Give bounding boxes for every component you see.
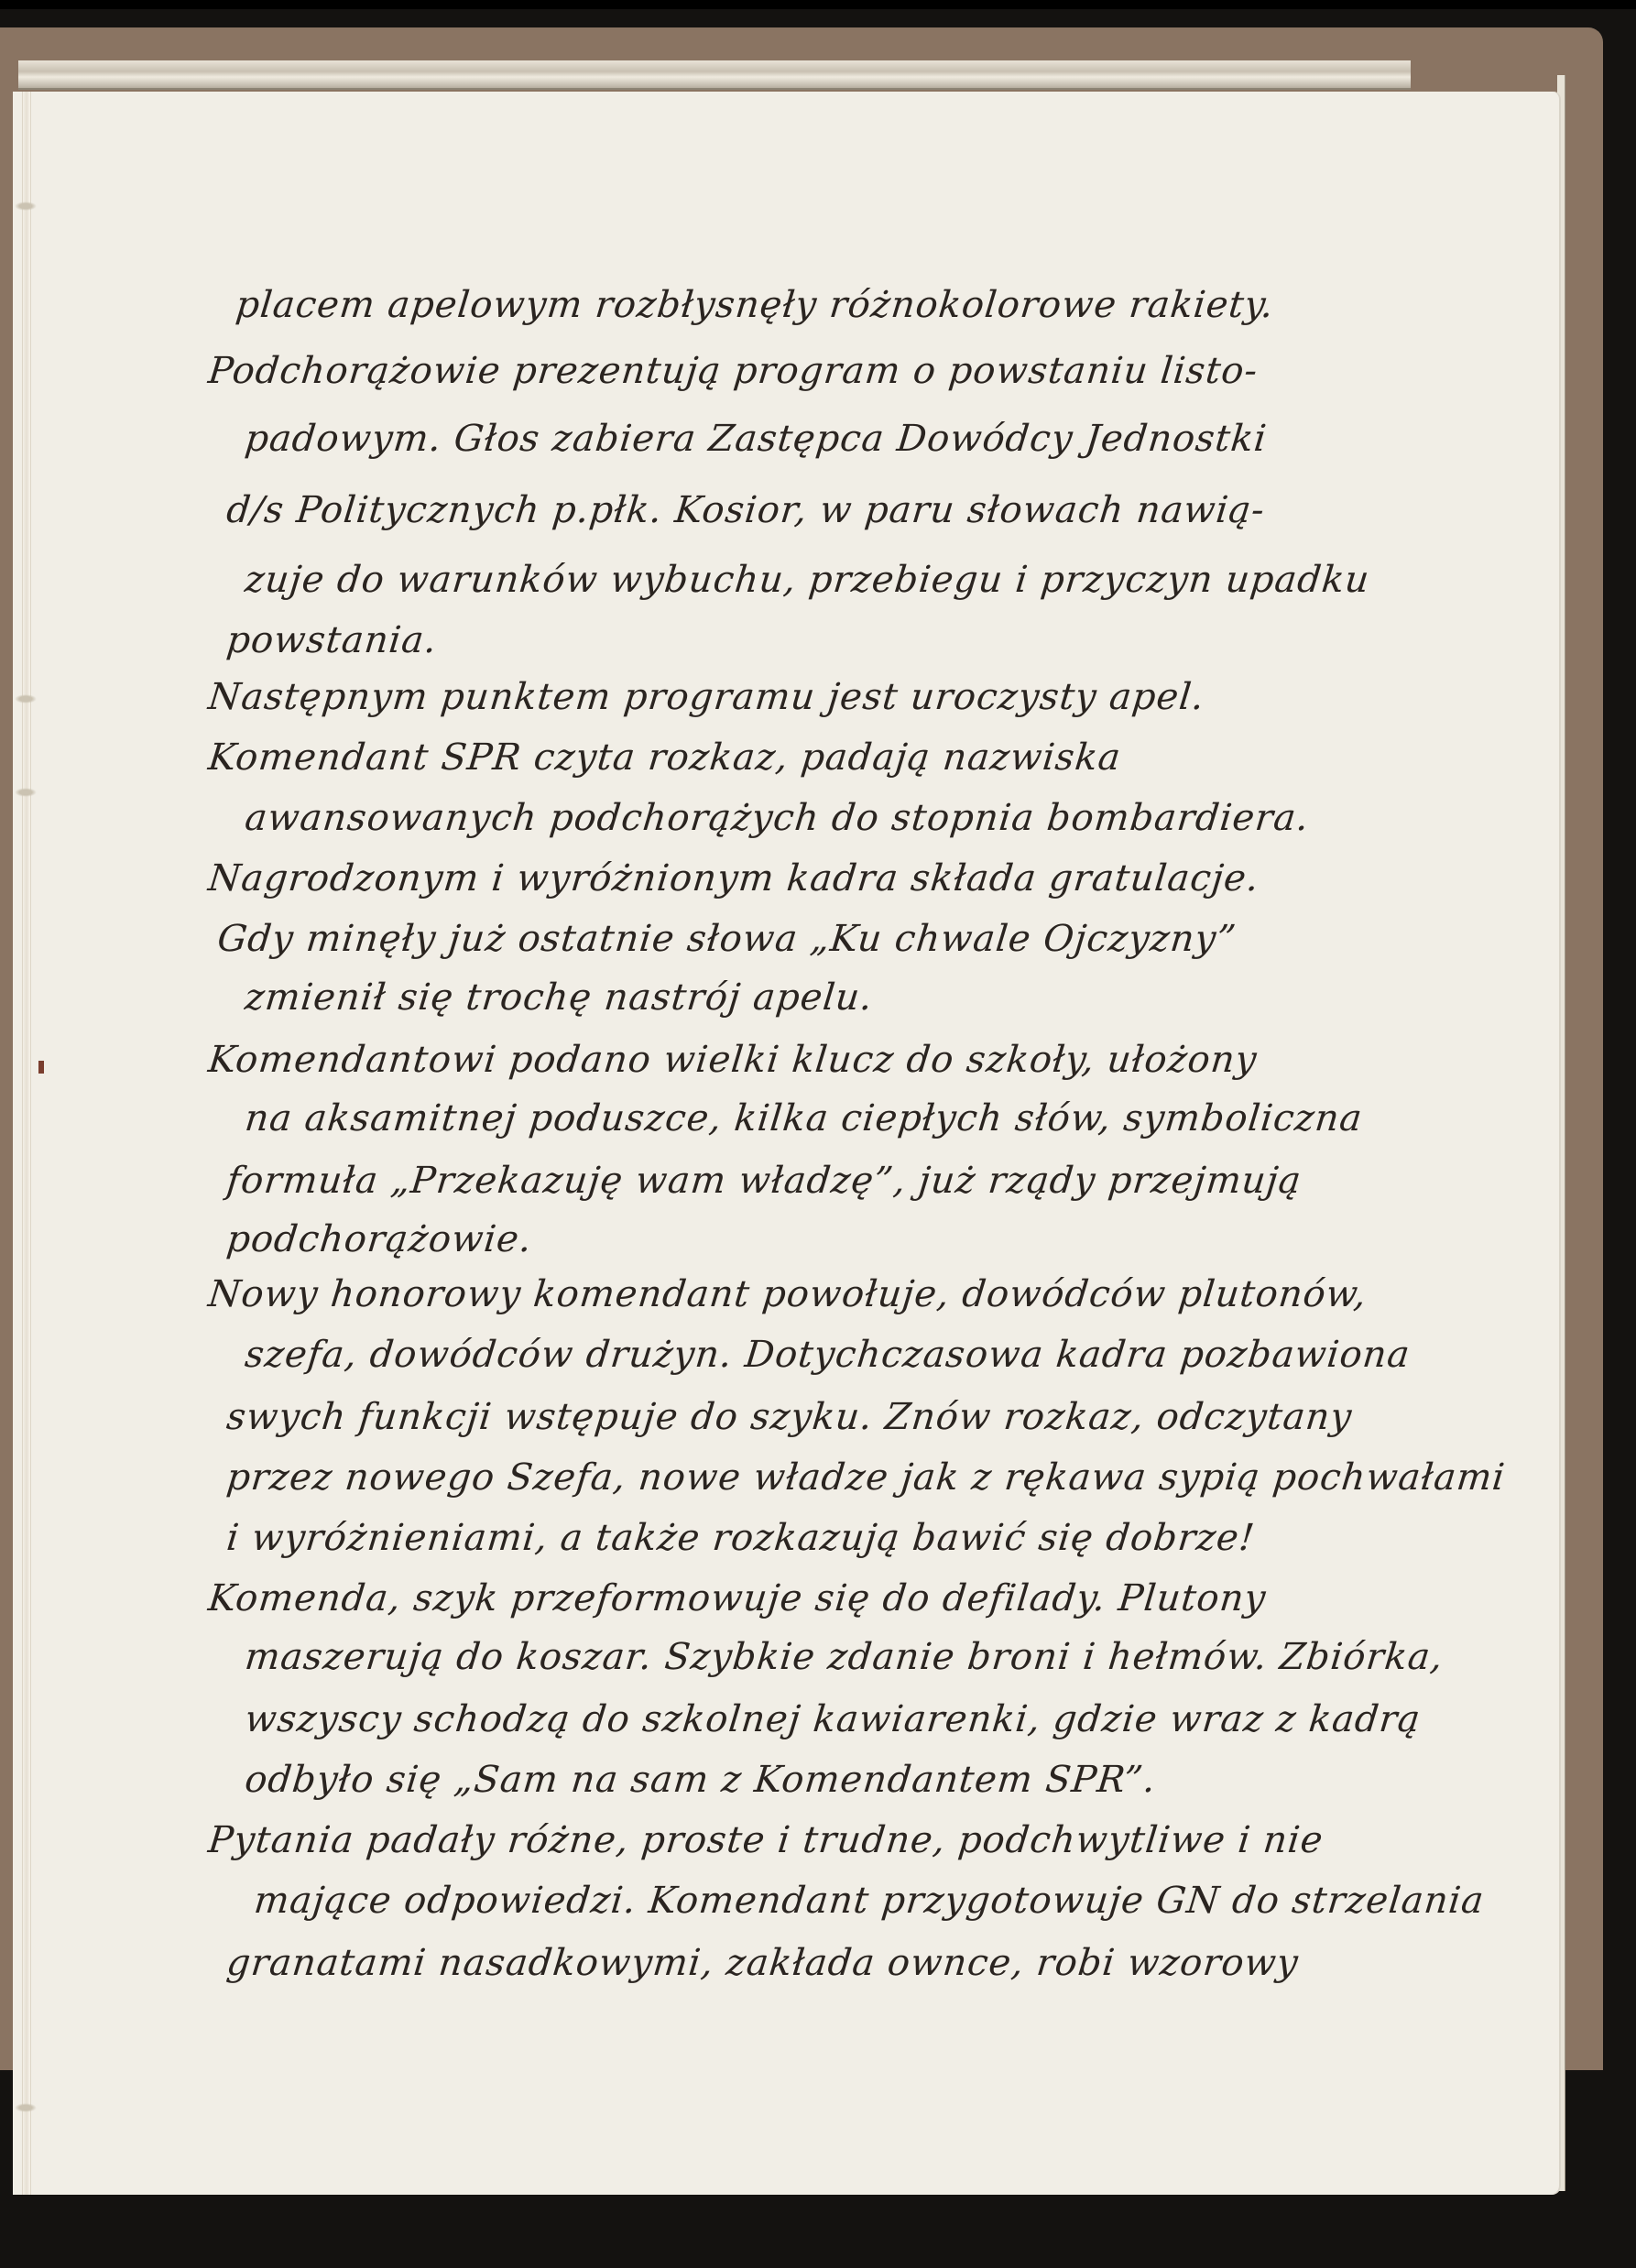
text-line-content: na aksamitnej poduszce, kilka ciepłych s… [243,1097,1365,1139]
text-line-content: Podchorążowie prezentują program o powst… [206,350,1260,392]
text-line-content: zmienił się trochę nastrój apelu. [243,976,875,1019]
text-line-content: zuje do warunków wybuchu, przebiegu i pr… [243,559,1371,601]
text-line-content: Następnym punktem programu jest uroczyst… [206,676,1206,718]
text-line-content: Nagrodzonym i wyróżnionym kadra składa g… [206,857,1261,900]
text-line-content: granatami nasadkowymi, zakłada ownce, ro… [224,1942,1301,1984]
text-line-content: d/s Politycznych p.płk. Kosior, w paru s… [224,489,1267,531]
text-line-content: swych funkcji wstępuje do szyku. Znów ro… [224,1396,1354,1438]
text-line-content: formuła „Przekazuję wam władzę”, już rzą… [224,1160,1303,1202]
stitch-mark [15,2103,37,2112]
text-line-content: padowym. Głos zabiera Zastępca Dowódcy J… [243,418,1269,460]
text-line-content: Gdy minęły już ostatnie słowa „Ku chwale… [215,918,1238,960]
book-headband [18,60,1411,90]
binding-tab [38,1061,44,1074]
stitch-mark [15,694,37,703]
stitch-mark [15,788,37,797]
text-line-content: powstania. [224,619,439,661]
text-line-content: Pytania padały różne, proste i trudne, p… [206,1819,1325,1861]
text-line-content: podchorążowie. [224,1218,534,1260]
stitch-mark [15,202,37,211]
text-line-content: szefa, dowódców drużyn. Dotychczasowa ka… [243,1334,1412,1376]
scan-border-top [0,0,1636,9]
text-line-content: awansowanych podchorążych do stopnia bom… [243,797,1311,839]
text-line-content: wszyscy schodzą do szkolnej kawiarenki, … [243,1698,1423,1740]
text-line-content: i wyróżnieniami, a także rozkazują bawić… [224,1517,1257,1559]
text-line-content: placem apelowym rozbłysnęły różnokolorow… [234,284,1276,326]
text-line-content: przez nowego Szefa, nowe władze jak z rę… [224,1456,1507,1499]
text-line-content: Komendantowi podano wielki klucz do szko… [206,1039,1259,1081]
text-line-content: Nowy honorowy komendant powołuje, dowódc… [206,1273,1369,1315]
text-line-content: Komenda, szyk przeformowuje się do defil… [206,1577,1268,1619]
text-line-content: mające odpowiedzi. Komendant przygotowuj… [252,1880,1487,1922]
text-line-content: odbyło się „Sam na sam z Komendantem SPR… [243,1759,1158,1801]
binding-thread [22,92,31,2195]
text-line-content: Komendant SPR czyta rozkaz, padają nazwi… [206,736,1123,779]
text-line-content: maszerują do koszar. Szybkie zdanie bron… [243,1636,1445,1678]
